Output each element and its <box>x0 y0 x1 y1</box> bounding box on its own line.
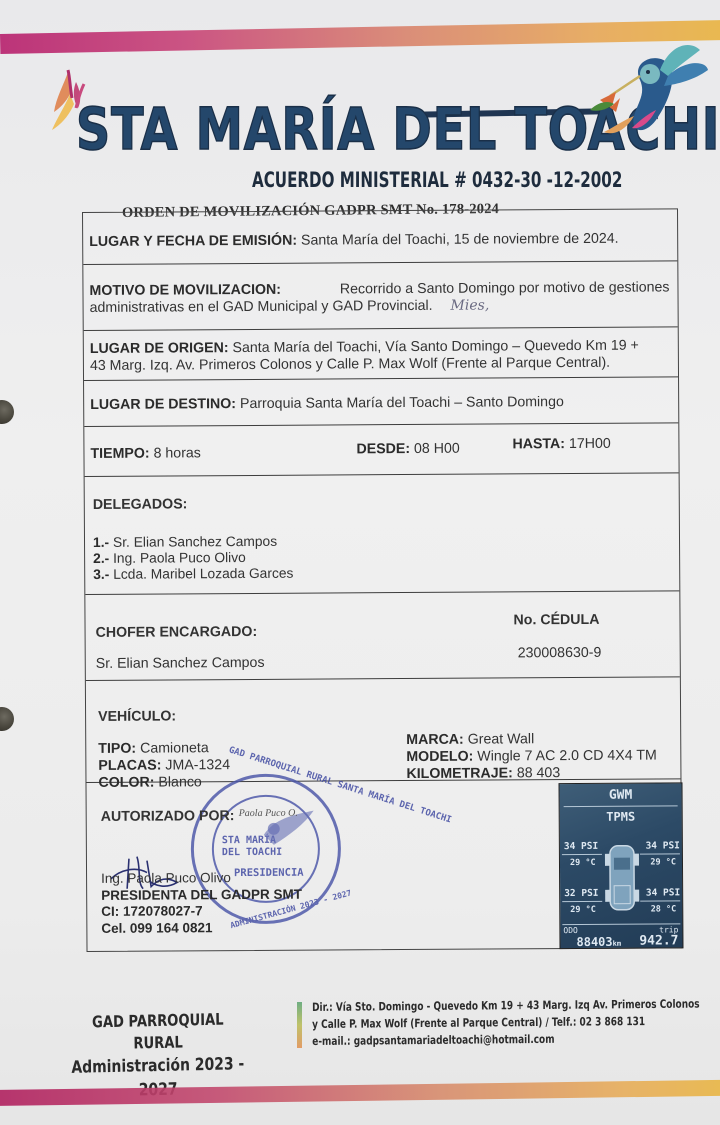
id-label: No. CÉDULA <box>513 612 599 630</box>
footer-divider <box>297 1002 302 1048</box>
delegates-label: DELEGADOS: <box>93 496 188 514</box>
logo: STA MARÍA DEL TOACHI ACUERDO MINISTERIAL… <box>40 62 720 202</box>
brand-value: Great Wall <box>468 731 535 747</box>
ministerial-agreement: ACUERDO MINISTERIAL # 0432-30 -12-2002 <box>252 168 622 192</box>
authorized-handwritten-name: Paola Puco O. <box>239 808 298 819</box>
destination-row: LUGAR DE DESTINO: Parroquia Santa María … <box>84 377 678 427</box>
delegate-item: 2.- Ing. Paola Puco Olivo <box>93 550 293 567</box>
delegates-list: 1.- Sr. Elian Sanchez Campos 2.- Ing. Pa… <box>93 534 293 583</box>
mobilization-form: LUGAR Y FECHA DE EMISIÓN: Santa María de… <box>82 208 683 952</box>
destination-label: LUGAR DE DESTINO: <box>90 396 236 413</box>
plates-label: PLACAS: <box>98 758 161 774</box>
motive-label: MOTIVO DE MOVILIZACION: <box>89 282 281 299</box>
driver-row: CHOFER ENCARGADO: Sr. Elian Sanchez Camp… <box>85 591 680 681</box>
vehicle-row: VEHÍCULO: TIPO: Camioneta PLACAS: JMA-13… <box>86 677 681 783</box>
to-value: 17H00 <box>569 436 611 452</box>
driver-label: CHOFER ENCARGADO: <box>96 624 258 642</box>
odometer-photo: GWM TPMS 34 PSI 29 °C 34 PSI 29 °C 32 PS… <box>558 782 683 949</box>
delegate-item: 1.- Sr. Elian Sanchez Campos <box>93 534 293 551</box>
binder-hole <box>0 707 14 731</box>
signer-ci: CI: 172078027-7 <box>101 903 302 921</box>
delegate-item: 3.- Lcda. Maribel Lozada Garces <box>93 566 293 583</box>
origin-value-line1: Santa María del Toachi, Vía Santo Doming… <box>232 338 638 356</box>
to-label: HASTA: <box>512 436 565 452</box>
vehicle-label: VEHÍCULO: <box>98 708 176 725</box>
mileage-value: 88 403 <box>517 765 561 781</box>
plates-value: JMA-1324 <box>165 757 230 773</box>
emission-label: LUGAR Y FECHA DE EMISIÓN: <box>89 233 297 250</box>
delegates-row: DELEGADOS: 1.- Sr. Elian Sanchez Campos … <box>85 473 680 595</box>
odo-value: 88403 <box>576 935 612 949</box>
trip-value: 942.7 <box>639 933 678 948</box>
type-label: TIPO: <box>98 741 136 757</box>
tpms-title: TPMS <box>560 809 682 824</box>
emission-value: Santa María del Toachi, 15 de noviembre … <box>301 231 619 249</box>
model-value: Wingle 7 AC 2.0 CD 4X4 TM <box>477 747 657 764</box>
id-value: 230008630-9 <box>518 645 602 663</box>
motive-row: MOTIVO DE MOVILIZACION: Recorrido a Sant… <box>83 261 677 331</box>
motive-value-line2: administrativas en el GAD Municipal y GA… <box>90 298 433 316</box>
footer-email[interactable]: e-mail.: gadpsantamariadeltoachi@hotmail… <box>312 1030 700 1050</box>
emission-row: LUGAR Y FECHA DE EMISIÓN: Santa María de… <box>83 209 677 265</box>
time-row: TIEMPO: 8 horas DESDE: 08 H00 HASTA: 17H… <box>84 423 678 477</box>
authorized-by-label: AUTORIZADO POR: <box>101 808 235 826</box>
origin-value-line2: 43 Marg. Izq. Av. Primeros Colonos y Cal… <box>90 355 639 375</box>
time-label: TIEMPO: <box>90 446 149 462</box>
footer-contact: Dir.: Vía Sto. Domingo - Quevedo Km 19 +… <box>312 996 700 1050</box>
from-value: 08 H00 <box>414 441 460 457</box>
signer-role: PRESIDENTA DEL GADPR SMT <box>101 886 302 904</box>
authorization-row: GAD PARROQUIAL RURAL SANTA MARÍA DEL TOA… <box>86 779 681 953</box>
model-label: MODELO: <box>406 749 473 765</box>
footer-org-line1: GAD PARROQUIAL RURAL <box>67 1008 248 1056</box>
origin-label: LUGAR DE ORIGEN: <box>90 340 229 357</box>
driver-name: Sr. Elian Sanchez Campos <box>96 655 265 673</box>
brand-label: MARCA: <box>406 732 464 748</box>
signer-phone: Cel. 099 164 0821 <box>101 919 302 937</box>
destination-value: Parroquia Santa María del Toachi – Santo… <box>240 394 564 412</box>
hummingbird-icon <box>560 40 710 160</box>
footer-address-line2: y Calle P. Max Wolf (Frente al Parque Ce… <box>312 1013 700 1033</box>
type-value: Camioneta <box>140 740 209 756</box>
signer-name: Ing. Paola Puco Olivo <box>101 870 302 888</box>
from-label: DESDE: <box>356 441 410 457</box>
binder-hole <box>0 400 14 424</box>
car-topview-icon <box>604 842 640 914</box>
origin-row: LUGAR DE ORIGEN: Santa María del Toachi,… <box>84 327 678 381</box>
gwm-brand: GWM <box>560 787 682 803</box>
time-value: 8 horas <box>154 445 201 461</box>
handwritten-note: Mies, <box>450 298 489 314</box>
motive-value-line1: Recorrido a Santo Domingo por motivo de … <box>340 279 670 298</box>
